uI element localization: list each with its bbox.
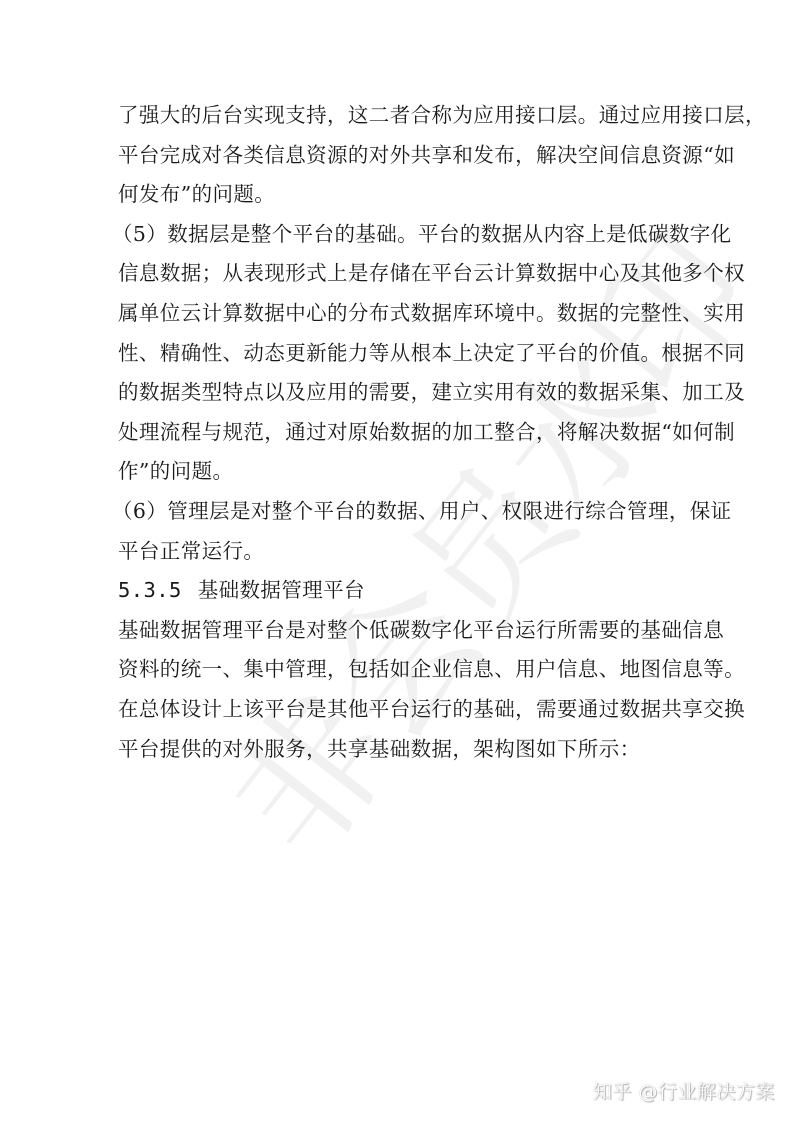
text-line: （6）管理层是对整个平台的数据、用户、权限进行综合管理，保证 [112, 492, 667, 532]
text-line: 基础数据管理平台是对整个低碳数字化平台运行所需要的基础信息 [118, 611, 673, 651]
text-line: 属单位云计算数据中心的分布式数据库环境中。数据的完整性、实用 [118, 294, 673, 334]
section-title: 基础数据管理平台 [198, 578, 365, 602]
paragraph-management-layer: （6）管理层是对整个平台的数据、用户、权限进行综合管理，保证 平台正常运行。 [118, 492, 678, 571]
section-number: 5.3.5 [118, 578, 182, 602]
text-line: 平台正常运行。 [118, 532, 678, 572]
document-page: 了强大的后台实现支持，这二者合称为应用接口层。通过应用接口层， 平台完成对各类信… [118, 96, 678, 769]
paragraph-basic-data-platform: 基础数据管理平台是对整个低碳数字化平台运行所需要的基础信息 资料的统一、集中管理… [118, 611, 678, 769]
section-heading: 5.3.5基础数据管理平台 [118, 571, 678, 611]
text-line: 信息数据；从表现形式上是存储在平台云计算数据中心及其他多个权 [118, 254, 673, 294]
text-line: 资料的统一、集中管理，包括如企业信息、用户信息、地图信息等。 [118, 650, 673, 690]
text-line: 性、精确性、动态更新能力等从根本上决定了平台的价值。根据不同 [118, 334, 673, 374]
text-line: 的数据类型特点以及应用的需要，建立实用有效的数据采集、加工及 [118, 373, 673, 413]
paragraph-interface-layer: 了强大的后台实现支持，这二者合称为应用接口层。通过应用接口层， 平台完成对各类信… [118, 96, 678, 215]
text-line: 平台提供的对外服务，共享基础数据，架构图如下所示： [118, 730, 678, 770]
text-line: 了强大的后台实现支持，这二者合称为应用接口层。通过应用接口层， [118, 96, 673, 136]
text-line: 在总体设计上该平台是其他平台运行的基础，需要通过数据共享交换 [118, 690, 673, 730]
text-line: 何发布”的问题。 [118, 175, 678, 215]
text-line: （5）数据层是整个平台的基础。平台的数据从内容上是低碳数字化 [112, 215, 667, 255]
text-line: 平台完成对各类信息资源的对外共享和发布，解决空间信息资源“如 [118, 136, 673, 176]
text-line: 作”的问题。 [118, 452, 678, 492]
paragraph-data-layer: （5）数据层是整个平台的基础。平台的数据从内容上是低碳数字化 信息数据；从表现形… [118, 215, 678, 492]
zhihu-attribution-watermark: 知乎 @行业解决方案 [593, 1077, 775, 1104]
text-line: 处理流程与规范，通过对原始数据的加工整合，将解决数据“如何制 [118, 413, 673, 453]
